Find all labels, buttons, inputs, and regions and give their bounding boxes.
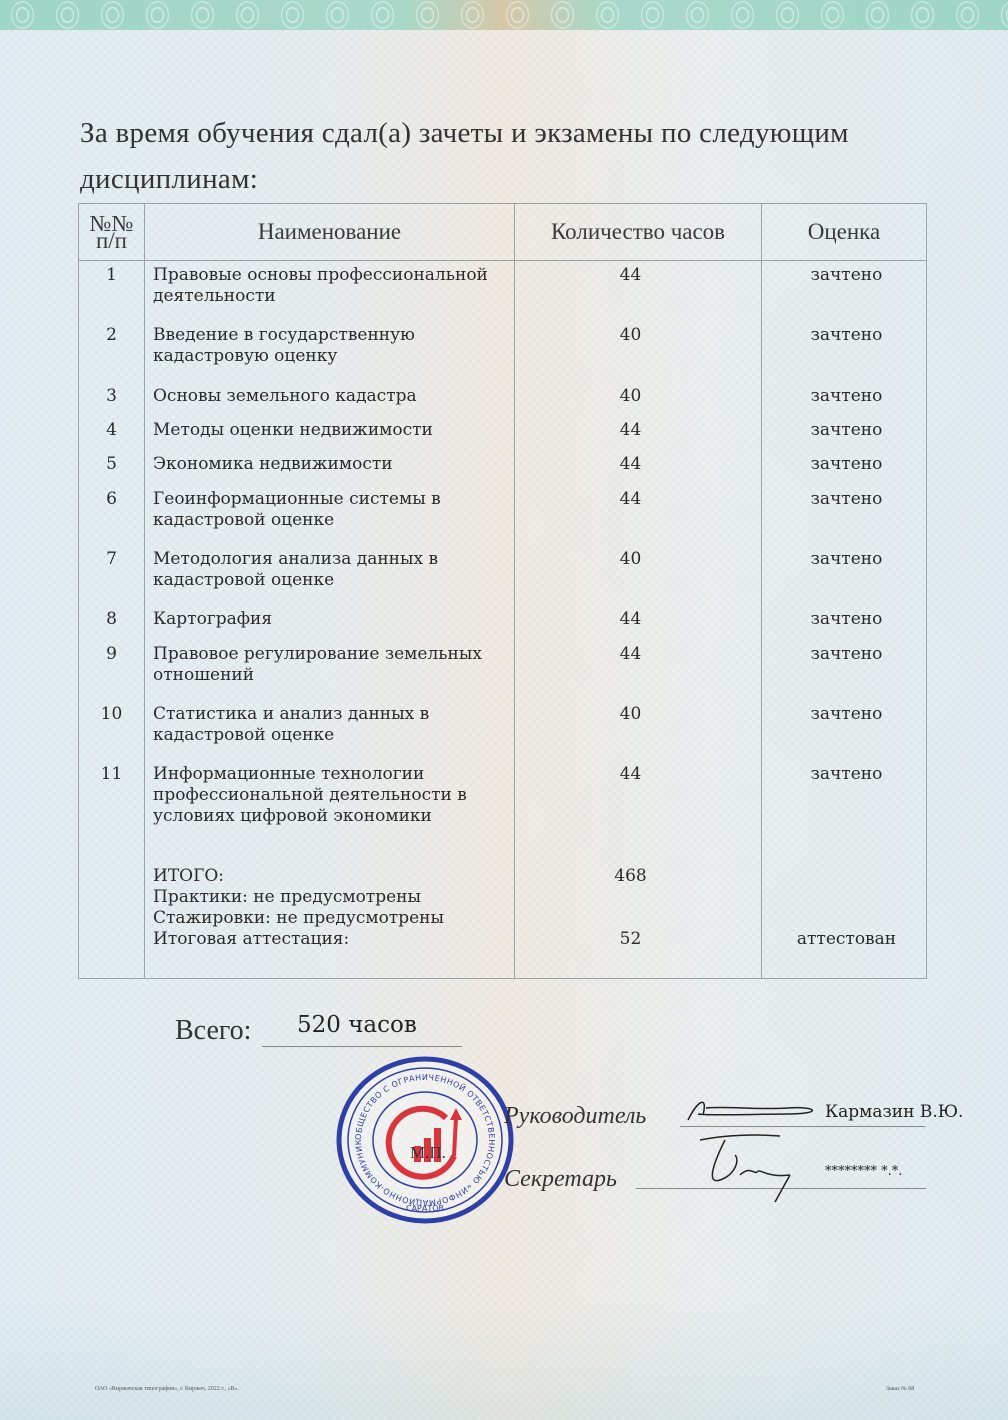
grade-value: зачтено	[762, 382, 927, 416]
hours-value: 40	[515, 382, 762, 416]
empty-row	[79, 978, 927, 979]
table-row: 2Введение в государственную кадастровую …	[79, 321, 927, 381]
hours-value: 40	[515, 700, 762, 760]
table-row: 8Картография44зачтено	[79, 605, 927, 639]
table-row: 5Экономика недвижимости44зачтено	[79, 450, 927, 484]
total-underline	[262, 1046, 462, 1047]
hours-value: 44	[515, 450, 762, 484]
grades-table: №№ п/п Наименование Количество часов Оце…	[78, 203, 927, 979]
row-number: 1	[79, 261, 145, 322]
row-number: 9	[79, 640, 145, 700]
spacer	[767, 908, 926, 929]
row-number: 4	[79, 416, 145, 450]
final-attestation-grade: аттестован	[767, 929, 926, 950]
secretary-name: ******** *.*.	[825, 1164, 902, 1179]
spacer	[767, 866, 926, 887]
row-number: 6	[79, 485, 145, 545]
background-pattern	[0, 1300, 1008, 1420]
table-row: 1Правовые основы профессиональной деятел…	[79, 261, 927, 322]
organization-stamp: ОБЩЕСТВО С ОГРАНИЧЕННОЙ ОТВЕТСТВЕННОСТЬЮ…	[336, 1056, 514, 1224]
discipline-name: Картография	[145, 605, 515, 639]
discipline-name: Введение в государственную кадастровую о…	[145, 321, 515, 381]
grade-value: зачтено	[762, 261, 927, 322]
row-number: 8	[79, 605, 145, 639]
discipline-name: Основы земельного кадастра	[145, 382, 515, 416]
spacer	[767, 887, 926, 908]
spacer	[515, 887, 746, 908]
decorative-border	[0, 0, 1008, 30]
table-header-row: №№ п/п Наименование Количество часов Оце…	[79, 204, 927, 261]
hours-value: 44	[515, 640, 762, 700]
discipline-name: Геоинформационные системы в кадастровой …	[145, 485, 515, 545]
grade-value: зачтено	[762, 760, 927, 846]
hours-value: 40	[515, 321, 762, 381]
row-number: 3	[79, 382, 145, 416]
discipline-name: Информационные технологии профессиональн…	[145, 760, 515, 846]
stamp-city: САРАТОВ	[406, 1204, 444, 1213]
grade-value: зачтено	[762, 700, 927, 760]
total-value: 520 часов	[297, 1012, 417, 1038]
table-row: 4Методы оценки недвижимости44зачтено	[79, 416, 927, 450]
secretary-signature	[695, 1130, 805, 1205]
page-heading: За время обучения сдал(а) зачеты и экзам…	[80, 110, 940, 202]
table-row: 3Основы земельного кадастра40зачтено	[79, 382, 927, 416]
director-role: Руководитель	[504, 1103, 646, 1130]
table-row: 6Геоинформационные системы в кадастровой…	[79, 485, 927, 545]
discipline-name: Статистика и анализ данных в кадастровой…	[145, 700, 515, 760]
row-number: 11	[79, 760, 145, 846]
hours-value: 44	[515, 261, 762, 322]
table-row: 7Методология анализа данных в кадастрово…	[79, 545, 927, 605]
hours-value: 40	[515, 545, 762, 605]
grade-value: зачтено	[762, 605, 927, 639]
hours-value: 44	[515, 485, 762, 545]
hours-value: 44	[515, 760, 762, 846]
grade-value: зачтено	[762, 416, 927, 450]
row-number: 10	[79, 700, 145, 760]
internship-note: Стажировки: не предусмотрены	[153, 908, 510, 929]
row-number: 2	[79, 321, 145, 381]
discipline-name: Правовые основы профессиональной деятель…	[145, 261, 515, 322]
grade-value: зачтено	[762, 450, 927, 484]
hours-value: 44	[515, 416, 762, 450]
row-number: 5	[79, 450, 145, 484]
total-label-cell: ИТОГО:	[153, 866, 510, 887]
discipline-name: Экономика недвижимости	[145, 450, 515, 484]
header-num: №№ п/п	[79, 204, 145, 261]
total-hours: 468	[515, 866, 746, 887]
discipline-name: Правовое регулирование земельных отношен…	[145, 640, 515, 700]
director-signature	[668, 1090, 828, 1130]
printer-info: ОАО «Киржачская типография», г. Киржач, …	[95, 1386, 239, 1392]
table-row: 11Информационные технологии профессионал…	[79, 760, 927, 846]
grade-value: зачтено	[762, 485, 927, 545]
total-label: Всего:	[175, 1015, 251, 1047]
header-grade: Оценка	[762, 204, 927, 261]
summary-row: ИТОГО:Практики: не предусмотреныСтажиров…	[79, 846, 927, 978]
grade-value: зачтено	[762, 321, 927, 381]
director-name: Кармазин В.Ю.	[825, 1102, 963, 1122]
discipline-name: Методы оценки недвижимости	[145, 416, 515, 450]
discipline-name: Методология анализа данных в кадастровой…	[145, 545, 515, 605]
row-number: 7	[79, 545, 145, 605]
grade-value: зачтено	[762, 640, 927, 700]
table-row: 10Статистика и анализ данных в кадастров…	[79, 700, 927, 760]
stamp-placeholder-label: М.П.	[410, 1143, 446, 1163]
final-attestation-label: Итоговая аттестация:	[153, 929, 510, 950]
order-number: Заказ № 68	[886, 1386, 914, 1392]
final-attestation-hours: 52	[515, 929, 746, 950]
practice-note: Практики: не предусмотрены	[153, 887, 510, 908]
header-name: Наименование	[145, 204, 515, 261]
grade-value: зачтено	[762, 545, 927, 605]
header-hours: Количество часов	[515, 204, 762, 261]
hours-value: 44	[515, 605, 762, 639]
secretary-role: Секретарь	[504, 1166, 617, 1193]
spacer	[515, 908, 746, 929]
table-row: 9Правовое регулирование земельных отноше…	[79, 640, 927, 700]
